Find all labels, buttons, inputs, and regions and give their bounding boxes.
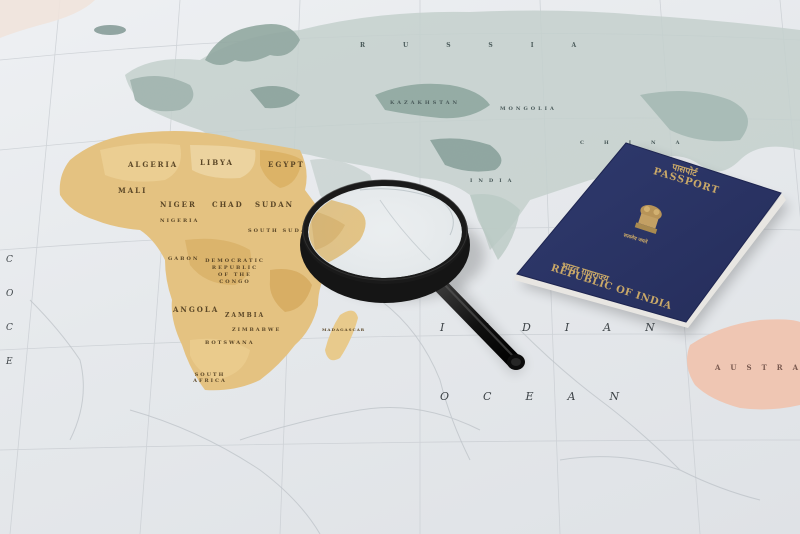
label-australia: AUSTRALIA: [715, 363, 800, 372]
label-indian: INDIAN: [440, 321, 659, 334]
label-libya: LIBYA: [200, 158, 234, 167]
ocean-letter: I: [565, 321, 573, 334]
ocean-letter: N: [478, 321, 492, 334]
label-chad: CHAD: [212, 200, 244, 209]
label-botswana: BOTSWANA: [205, 340, 255, 346]
label-kazakhstan: KAZAKHSTAN: [390, 100, 460, 106]
ocean-letter: E: [525, 390, 537, 403]
label-atlantic-vertical: C O C E: [6, 255, 17, 367]
photo-scene: ALGERIA LIBYA EGYPT MALI NIGER CHAD SUDA…: [0, 0, 800, 534]
ocean-letter: O: [6, 289, 17, 299]
ocean-letter: A: [567, 390, 579, 403]
label-south-sudan: SOUTH SUDAN: [248, 228, 313, 234]
ocean-letter: D: [522, 321, 535, 334]
ocean-letter: N: [645, 321, 659, 334]
label-gabon: GABON: [168, 256, 199, 262]
ocean-letter: C: [6, 323, 17, 333]
label-drc: DEMOCRATIC REPUBLIC OF THE CONGO: [205, 258, 265, 286]
label-nigeria: NIGERIA: [160, 218, 199, 224]
world-map: [0, 0, 800, 534]
ocean-letter: C: [483, 390, 495, 403]
label-india: INDIA: [470, 178, 517, 184]
ocean-letter: C: [6, 255, 17, 265]
label-ethiopia: ETHIOPIA: [316, 236, 367, 243]
label-algeria: ALGERIA: [128, 160, 178, 169]
label-niger: NIGER: [160, 200, 197, 209]
label-china: CHINA: [580, 140, 700, 146]
label-zambia: ZAMBIA: [225, 312, 265, 319]
ocean-letter: O: [440, 390, 453, 403]
label-russia: RUSSIA: [360, 42, 614, 49]
ocean-letter: A: [603, 321, 615, 334]
label-ocean: OCEAN: [440, 390, 623, 403]
label-south-africa: SOUTH AFRICA: [190, 372, 230, 384]
ocean-letter: N: [609, 390, 623, 403]
ocean-letter: I: [440, 321, 448, 334]
label-angola: ANGOLA: [173, 305, 219, 314]
label-zimbabwe: ZIMBABWE: [232, 327, 281, 333]
label-mali: MALI: [118, 186, 147, 195]
label-mongolia: MONGOLIA: [500, 106, 557, 112]
label-egypt: EGYPT: [268, 160, 305, 169]
ocean-letter: E: [6, 357, 17, 367]
label-sudan: SUDAN: [255, 200, 294, 209]
label-madagascar: MADAGASCAR: [322, 327, 365, 332]
